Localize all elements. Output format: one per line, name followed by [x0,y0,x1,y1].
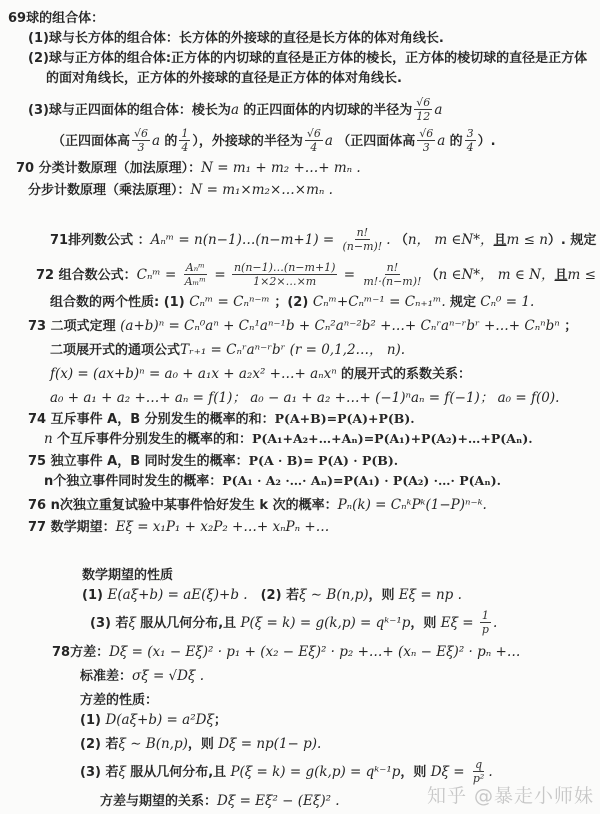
text-run: 70 分类计数原理（加法原理）： [16,161,201,176]
document-line: (2)球与正方体的组合体:正方体的内切球的直径是正方体的棱长，正方体的棱切球的直… [28,48,600,68]
math-run: Dξ = np(1− p). [214,736,321,752]
text-run: (2) 若 [80,737,118,752]
text-run: 服从几何分布,且 [140,616,236,631]
text-run: 的 [164,134,177,149]
fraction: √63 [132,127,150,154]
text-run: (1)球与长方体的组合体：长方体的外接球的直径是长方体的体对角线长. [28,31,444,46]
math-run: = [339,267,359,283]
text-run: ； [214,713,227,728]
text-run: 69球的组合体： [8,11,104,26]
document-line: 数学期望的性质 [82,565,600,585]
document-line: 组合数的两个性质: (1) Cₙᵐ = Cₙⁿ⁻ᵐ ；(2) Cₙᵐ+Cₙᵐ⁻¹… [50,292,600,312]
text-run: （ [395,233,408,248]
text-run: 二项展开式的通项公式 [50,343,180,358]
text-run: （正四面体高 [52,134,130,149]
math-run: Dξ = Eξ² − (Eξ)² . [217,793,340,809]
math-run: Dξ = (x₁ − Eξ)² · p₁ + (x₂ − Eξ)² · p₂ +… [109,644,520,660]
text-run: ，则 [188,737,214,752]
text-run: (1) [82,588,107,603]
document-line: (3)球与正四面体的组合体：棱长为a 的正四面体的内切球的半径为√612a [28,96,600,123]
fraction: n!m!·(n−m)! [361,261,423,288]
text-run: 的 [450,134,463,149]
document-line: (1) D(aξ+b) = a²Dξ； [80,710,600,730]
math-run: P(ξ = k) = g(k,p) = qᵏ⁻¹p [236,615,410,631]
text-run: 76 n次独立重复试验中某事件恰好发生 k 次的概率： [28,498,338,513]
document-line: 的面对角线长，正方体的外接球的直径是正方体的体对角线长. [46,68,600,88]
prob-run: P(A+B)=P(A)+P(B). [275,411,415,426]
math-run: . [493,615,497,631]
text-run: n个独立事件同时发生的概率： [44,474,222,489]
document-line: 75 独立事件 A，B 同时发生的概率：P(A · B)= P(A) · P(B… [28,451,600,471]
text-run: 标准差： [80,669,132,684]
math-run: m ≤ n [507,232,548,248]
math-run: D(aξ+b) = a²Dξ [105,712,213,728]
math-run: 0! = 1. [596,232,600,248]
math-run: Tᵣ₊₁ = Cₙʳaⁿ⁻ʳbʳ (r = 0,1,2…， n). [180,342,405,358]
text-run: ，则 [410,616,436,631]
math-run: a₀ + a₁ + a₂ +…+ aₙ = f(1)； a₀ − a₁ + a₂… [50,390,559,406]
prob-run: P(A₁+A₂+…+Aₙ)=P(A₁)+P(A₂)+…+P(Aₙ). [252,431,533,446]
math-run: a [231,102,243,118]
math-run: E(aξ+b) = aE(ξ)+b . [107,587,247,603]
math-run: Pₙ(k) = CₙᵏPᵏ(1−P)ⁿ⁻ᵏ. [338,497,487,513]
document-line: 77 数学期望：Eξ = x₁P₁ + x₂P₂ +…+ xₙPₙ +… [28,517,600,537]
text-run: 的面对角线长，正方体的外接球的直径是正方体的体对角线长. [46,71,402,86]
document-line: 标准差：σξ = √Dξ . [80,666,600,686]
math-run: m ≤ n [568,267,600,283]
document-line: n 个互斥事件分别发生的概率的和：P(A₁+A₂+…+Aₙ)=P(A₁)+P(A… [44,429,600,449]
math-run: Eξ = np . [395,587,462,603]
document-line: 73 二项式定理 (a+b)ⁿ = Cₙ⁰aⁿ + Cₙ¹aⁿ⁻¹b + Cₙ²… [28,316,600,336]
text-run: (3)球与正四面体的组合体：棱长为 [28,103,231,118]
math-run: a [325,133,337,149]
math-run: ξ [118,764,130,780]
document-line: 72 组合数公式：Cₙᵐ = AₙᵐAₘᵐ = n(n−1)…(n−m+1)1×… [36,261,600,288]
text-run: 服从几何分布,且 [130,765,226,780]
text-run: 72 组合数公式： [36,268,137,283]
text-run: 组合数的两个性质: (1) [50,295,189,310]
math-run: n， m ∈N*， [408,232,494,248]
math-run: a [434,102,442,118]
document-line: 71排列数公式 ：Aₙᵐ = n(n−1)…(n−m+1) = n!(n−m)!… [50,226,600,253]
text-run: 数学期望的性质 [82,568,173,583]
math-run: a [437,133,449,149]
math-run: Dξ = [426,764,468,780]
fraction: √612 [414,96,432,123]
fraction: n(n−1)…(n−m+1)1×2×…×m [232,261,338,288]
text-run: （ [425,268,438,283]
text-run: 的展开式的系数关系： [341,367,471,382]
document-line: 76 n次独立重复试验中某事件恰好发生 k 次的概率：Pₙ(k) = CₙᵏPᵏ… [28,495,600,515]
prob-run: P(A · B)= P(A) · P(B). [249,453,399,468]
text-run: (3) 若 [90,616,128,631]
document-line: (1) E(aξ+b) = aE(ξ)+b . (2) 若ξ ∼ B(n,p)，… [82,585,600,605]
text-run: (3) 若 [80,765,118,780]
document-line: a₀ + a₁ + a₂ +…+ aₙ = f(1)； a₀ − a₁ + a₂… [50,388,600,407]
text-run: (2)球与正方体的组合体:正方体的内切球的直径是正方体的棱长，正方体的棱切球的直… [28,51,587,66]
text-run: ）. 规定 [548,233,596,248]
math-run: Aₙᵐ = n(n−1)…(n−m+1) = [151,232,339,248]
math-run: Eξ = [436,615,477,631]
math-run: ξ [128,615,140,631]
text-run: 74 互斥事件 A，B 分别发生的概率的和： [28,412,275,427]
document-line: 69球的组合体： [8,8,600,28]
math-run: ξ ∼ B(n,p) [118,736,187,752]
document-line: （正四面体高√63a 的14），外接球的半径为√64a （正四面体高√63a 的… [52,127,600,154]
document-line: n个独立事件同时发生的概率：P(A₁ · A₂ ·…· Aₙ)=P(A₁) · … [44,471,600,491]
fraction: AₙᵐAₘᵐ [183,261,208,288]
text-run: 个互斥事件分别发生的概率的和： [57,432,252,447]
math-run: . [386,232,395,248]
text-run: （正四面体高 [337,134,415,149]
document-line: 二项展开式的通项公式Tᵣ₊₁ = Cₙʳaⁿ⁻ʳbʳ (r = 0,1,2…， … [50,340,600,360]
document-line: (2) 若ξ ∼ B(n,p)，则 Dξ = np(1− p). [80,734,600,754]
text-run: 规定 [450,295,476,310]
fraction: 14 [179,127,190,154]
document-line: 分步计数原理（乘法原理）：N = m₁×m₂×…×mₙ . [28,180,600,200]
math-run: f(x) = (ax+b)ⁿ = a₀ + a₁x + a₂x² +…+ aₙx… [50,366,341,382]
text-run: (1) [80,713,105,728]
text-run: 71排列数公式 ： [50,233,151,248]
math-run: = [210,267,230,283]
math-run: N = m₁ + m₂ +…+ mₙ . [201,160,361,176]
prob-run: P(A₁ · A₂ ·…· Aₙ)=P(A₁) · P(A₂) ·…· P(Aₙ… [222,473,501,488]
zhihu-watermark: 知乎 @暴走小师妹 [427,781,594,808]
text-run: 73 二项式定理 [28,319,120,334]
document-line: 74 互斥事件 A，B 分别发生的概率的和：P(A+B)=P(A)+P(B). [28,409,600,429]
math-run: . [488,764,492,780]
math-run: (a+b)ⁿ = Cₙ⁰aⁿ + Cₙ¹aⁿ⁻¹b + Cₙ²aⁿ⁻²b² +…… [120,318,560,334]
document-line: 方差的性质： [80,690,600,710]
math-run: P(ξ = k) = g(k,p) = qᵏ⁻¹p [226,764,400,780]
text-run: ）. [478,134,496,149]
text-run: 77 数学期望： [28,520,116,535]
text-run: 且 [555,268,568,283]
fraction: n!(n−m)! [340,226,384,253]
fraction: √63 [417,127,435,154]
math-run: Cₙᵐ = Cₙⁿ⁻ᵐ [189,294,270,310]
text-run: 78方差： [52,645,109,660]
document-line: f(x) = (ax+b)ⁿ = a₀ + a₁x + a₂x² +…+ aₙx… [50,364,600,384]
text-run: 分步计数原理（乘法原理）： [28,183,191,198]
document-line: (3) 若ξ 服从几何分布,且 P(ξ = k) = g(k,p) = qᵏ⁻¹… [90,609,600,636]
math-run: ξ ∼ B(n,p) [299,587,368,603]
document-line: 70 分类计数原理（加法原理）：N = m₁ + m₂ +…+ mₙ . [16,158,600,178]
document-line: 78方差：Dξ = (x₁ − Eξ)² · p₁ + (x₂ − Eξ)² ·… [52,642,600,662]
text-run: 且 [493,233,506,248]
text-run: 方差的性质： [80,693,158,708]
math-run: Eξ = x₁P₁ + x₂P₂ +…+ xₙPₙ +… [116,519,330,535]
text-run: 的正四面体的内切球的半径为 [243,103,412,118]
text-run: (2) 若 [248,588,299,603]
math-run: σξ = √Dξ . [132,668,204,684]
math-run: N = m₁×m₂×…×mₙ . [191,182,333,198]
math-run: Cₙᵐ+Cₙᵐ⁻¹ = Cₙ₊₁ᵐ. [313,294,450,310]
text-run: 方差与期望的关系： [100,794,217,809]
math-run: Cₙ⁰ = 1. [476,294,534,310]
fraction: 34 [465,127,476,154]
math-run: n ∈N*， m ∈ N， [438,267,554,283]
text-run: ； [560,319,578,334]
fraction: 1p [480,609,491,636]
document-line: (1)球与长方体的组合体：长方体的外接球的直径是长方体的体对角线长. [28,28,600,48]
math-run: Cₙᵐ = [137,267,181,283]
math-run: a [152,133,164,149]
text-run: ；(2) [270,295,313,310]
text-run: ，则 [369,588,395,603]
fraction: √64 [305,127,323,154]
document-page: 69球的组合体：(1)球与长方体的组合体：长方体的外接球的直径是长方体的体对角线… [0,0,600,814]
text-run: ，则 [400,765,426,780]
math-run: n [44,431,57,447]
text-run: 75 独立事件 A，B 同时发生的概率： [28,454,249,469]
text-run: ），外接球的半径为 [192,134,303,149]
